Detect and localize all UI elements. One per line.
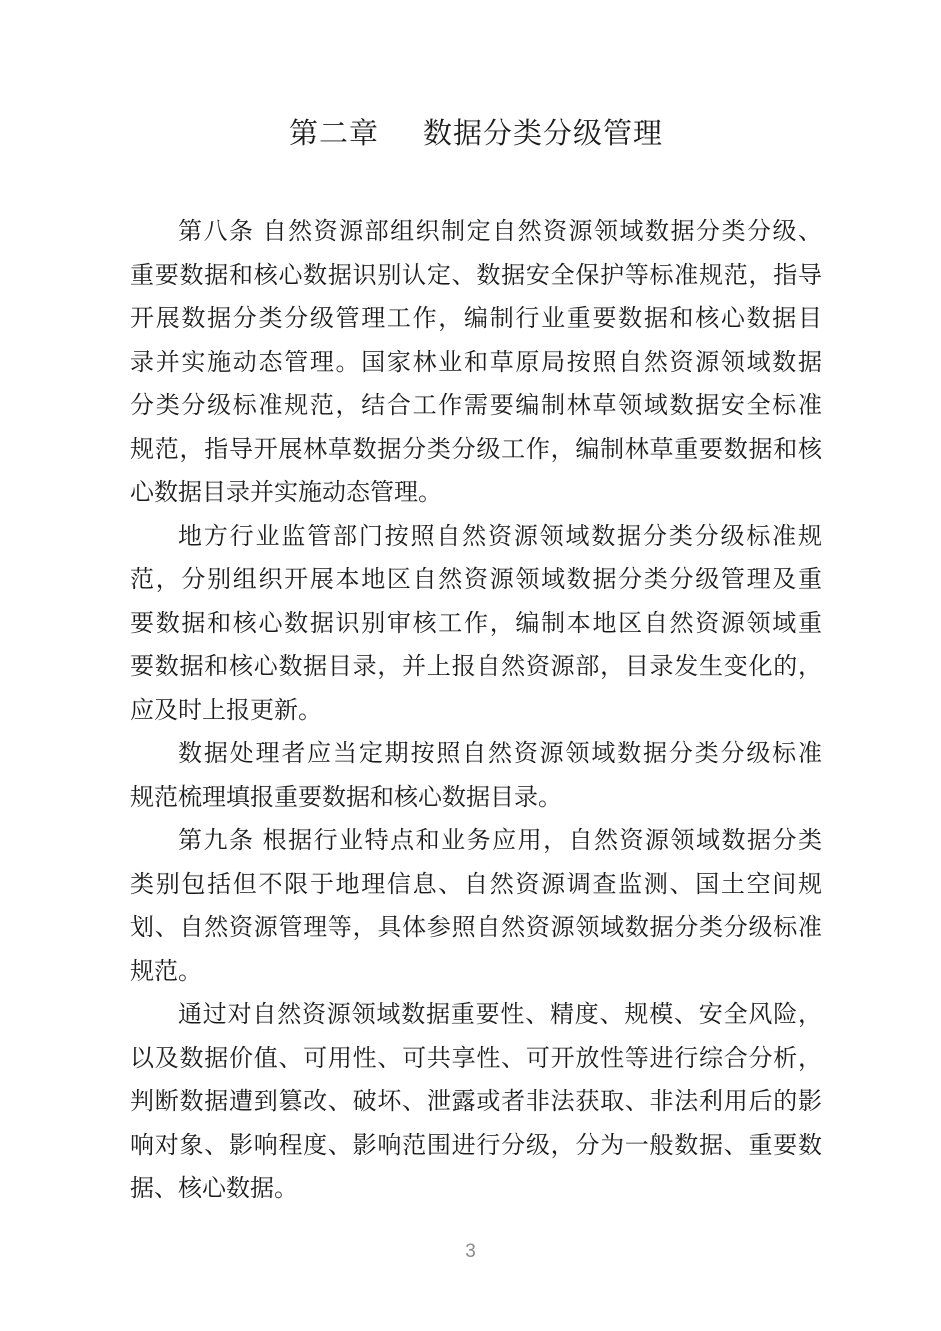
paragraph: 第九条 根据行业特点和业务应用，自然资源领域数据分类类别包括但不限于地理信息、自… — [130, 819, 822, 993]
text-line: 第八条 自然资源部组织制定自然资源领域数据分类分级、 — [130, 210, 822, 254]
text-line: 要数据和核心数据识别审核工作，编制本地区自然资源领域重 — [130, 602, 822, 646]
text-line: 数据处理者应当定期按照自然资源领域数据分类分级标准 — [130, 732, 822, 776]
text-line: 应及时上报更新。 — [130, 689, 822, 733]
text-line: 地方行业监管部门按照自然资源领域数据分类分级标准规 — [130, 515, 822, 559]
text-line: 据、核心数据。 — [130, 1167, 822, 1211]
text-line: 要数据和核心数据目录，并上报自然资源部，目录发生变化的， — [130, 645, 822, 689]
text-line: 划、自然资源管理等，具体参照自然资源领域数据分类分级标准 — [130, 906, 822, 950]
page-number: 3 — [0, 1240, 941, 1264]
text-line: 规范，指导开展林草数据分类分级工作，编制林草重要数据和核 — [130, 428, 822, 472]
paragraph: 第八条 自然资源部组织制定自然资源领域数据分类分级、重要数据和核心数据识别认定、… — [130, 210, 822, 515]
paragraph: 通过对自然资源领域数据重要性、精度、规模、安全风险，以及数据价值、可用性、可共享… — [130, 993, 822, 1211]
document-page: 第二章 数据分类分级管理 第八条 自然资源部组织制定自然资源领域数据分类分级、重… — [0, 0, 941, 1331]
text-line: 类别包括但不限于地理信息、自然资源调查监测、国土空间规 — [130, 863, 822, 907]
text-line: 开展数据分类分级管理工作，编制行业重要数据和核心数据目 — [130, 297, 822, 341]
text-line: 响对象、影响程度、影响范围进行分级，分为一般数据、重要数 — [130, 1124, 822, 1168]
document-body: 第八条 自然资源部组织制定自然资源领域数据分类分级、重要数据和核心数据识别认定、… — [130, 210, 822, 1211]
text-line: 心数据目录并实施动态管理。 — [130, 471, 822, 515]
paragraph: 数据处理者应当定期按照自然资源领域数据分类分级标准规范梳理填报重要数据和核心数据… — [130, 732, 822, 819]
text-line: 范，分别组织开展本地区自然资源领域数据分类分级管理及重 — [130, 558, 822, 602]
text-line: 以及数据价值、可用性、可共享性、可开放性等进行综合分析， — [130, 1037, 822, 1081]
chapter-heading: 第二章 数据分类分级管理 — [130, 112, 822, 156]
document-content: 第二章 数据分类分级管理 第八条 自然资源部组织制定自然资源领域数据分类分级、重… — [130, 112, 822, 1211]
text-line: 重要数据和核心数据识别认定、数据安全保护等标准规范，指导 — [130, 254, 822, 298]
text-line: 录并实施动态管理。国家林业和草原局按照自然资源领域数据 — [130, 341, 822, 385]
text-line: 分类分级标准规范，结合工作需要编制林草领域数据安全标准 — [130, 384, 822, 428]
text-line: 第九条 根据行业特点和业务应用，自然资源领域数据分类 — [130, 819, 822, 863]
paragraph: 地方行业监管部门按照自然资源领域数据分类分级标准规范，分别组织开展本地区自然资源… — [130, 515, 822, 733]
text-line: 规范。 — [130, 950, 822, 994]
chapter-name: 数据分类分级管理 — [423, 112, 663, 156]
chapter-number: 第二章 — [289, 112, 379, 156]
text-line: 通过对自然资源领域数据重要性、精度、规模、安全风险， — [130, 993, 822, 1037]
text-line: 规范梳理填报重要数据和核心数据目录。 — [130, 776, 822, 820]
text-line: 判断数据遭到篡改、破坏、泄露或者非法获取、非法利用后的影 — [130, 1080, 822, 1124]
